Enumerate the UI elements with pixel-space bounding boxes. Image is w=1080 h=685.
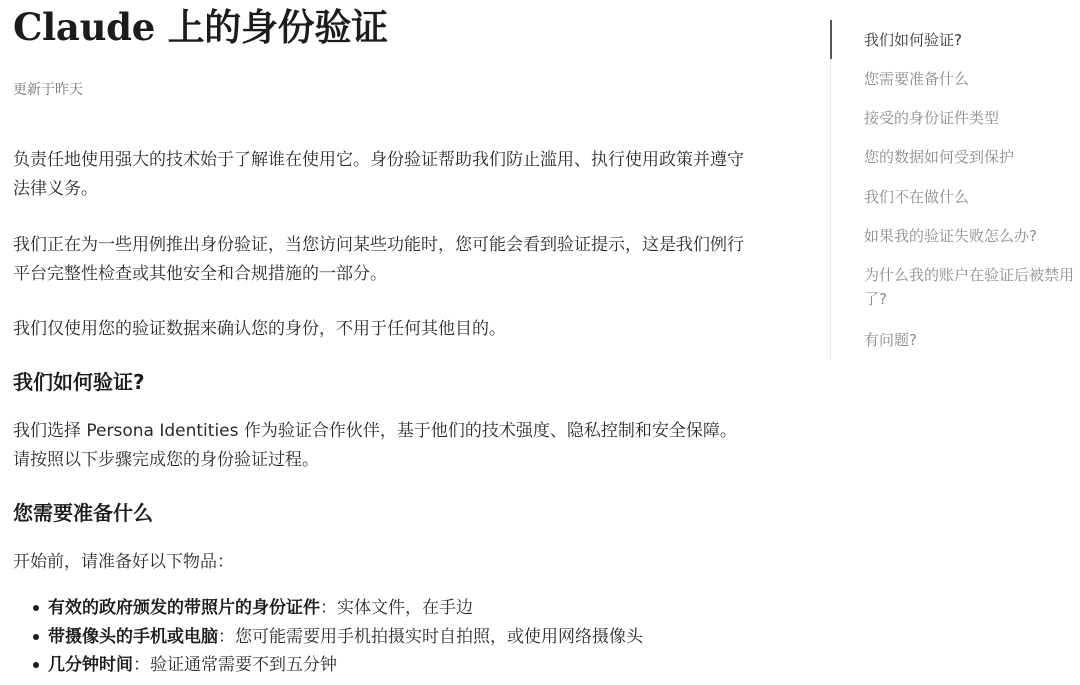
page-title-rest: 上的身份验证 (155, 6, 388, 49)
toc-active-indicator (830, 20, 832, 59)
updated-timestamp: 更新于昨天 (13, 80, 83, 100)
section-heading-what-you-need: 您需要准备什么 (13, 498, 153, 528)
list-item-text: ：验证通常需要不到五分钟 (133, 655, 337, 675)
list-item-title: 带摄像头的手机或电脑 (48, 627, 218, 647)
bullet-icon (33, 634, 39, 640)
list-item: 带摄像头的手机或电脑：您可能需要用手机拍摄实时自拍照，或使用网络摄像头 (13, 623, 643, 652)
list-item: 几分钟时间：验证通常需要不到五分钟 (13, 651, 643, 680)
toc-item-questions[interactable]: 有问题? (864, 328, 1079, 352)
bullet-icon (33, 605, 39, 611)
page-title: Claude 上的身份验证 (13, 4, 388, 51)
toc-item-accepted-id-types[interactable]: 接受的身份证件类型 (864, 106, 1079, 130)
intro-paragraph-2: 我们正在为一些用例推出身份验证，当您访问某些功能时，您可能会看到验证提示，这是我… (13, 231, 753, 289)
intro-paragraph-3: 我们仅使用您的验证数据来确认您的身份，不用于任何其他目的。 (13, 315, 753, 344)
toc-item-data-protection[interactable]: 您的数据如何受到保护 (864, 145, 1079, 169)
toc-item-how-we-verify[interactable]: 我们如何验证? (864, 28, 1079, 52)
list-item-text: ：实体文件，在手边 (320, 598, 473, 618)
toc-item-what-you-need[interactable]: 您需要准备什么 (864, 67, 1079, 91)
list-item-text: ：您可能需要用手机拍摄实时自拍照，或使用网络摄像头 (218, 627, 643, 647)
toc-item-what-we-dont-do[interactable]: 我们不在做什么 (864, 185, 1079, 209)
page-title-brand: Claude (13, 5, 155, 49)
bullet-icon (33, 662, 39, 668)
table-of-contents: 我们如何验证? 您需要准备什么 接受的身份证件类型 您的数据如何受到保护 我们不… (830, 20, 1080, 360)
list-item: 有效的政府颁发的带照片的身份证件：实体文件，在手边 (13, 594, 643, 623)
section-body-what-you-need: 开始前，请准备好以下物品： (13, 548, 753, 577)
requirements-list: 有效的政府颁发的带照片的身份证件：实体文件，在手边 带摄像头的手机或电脑：您可能… (13, 594, 643, 680)
list-item-title: 几分钟时间 (48, 655, 133, 675)
toc-item-verification-failed[interactable]: 如果我的验证失败怎么办? (864, 224, 1079, 248)
toc-item-account-disabled[interactable]: 为什么我的账户在验证后被禁用了? (864, 263, 1079, 311)
section-body-how-we-verify: 我们选择 Persona Identities 作为验证合作伙伴，基于他们的技术… (13, 417, 753, 475)
section-heading-how-we-verify: 我们如何验证? (13, 367, 145, 397)
intro-paragraph-1: 负责任地使用强大的技术始于了解谁在使用它。身份验证帮助我们防止滥用、执行使用政策… (13, 146, 753, 204)
list-item-title: 有效的政府颁发的带照片的身份证件 (48, 598, 320, 618)
